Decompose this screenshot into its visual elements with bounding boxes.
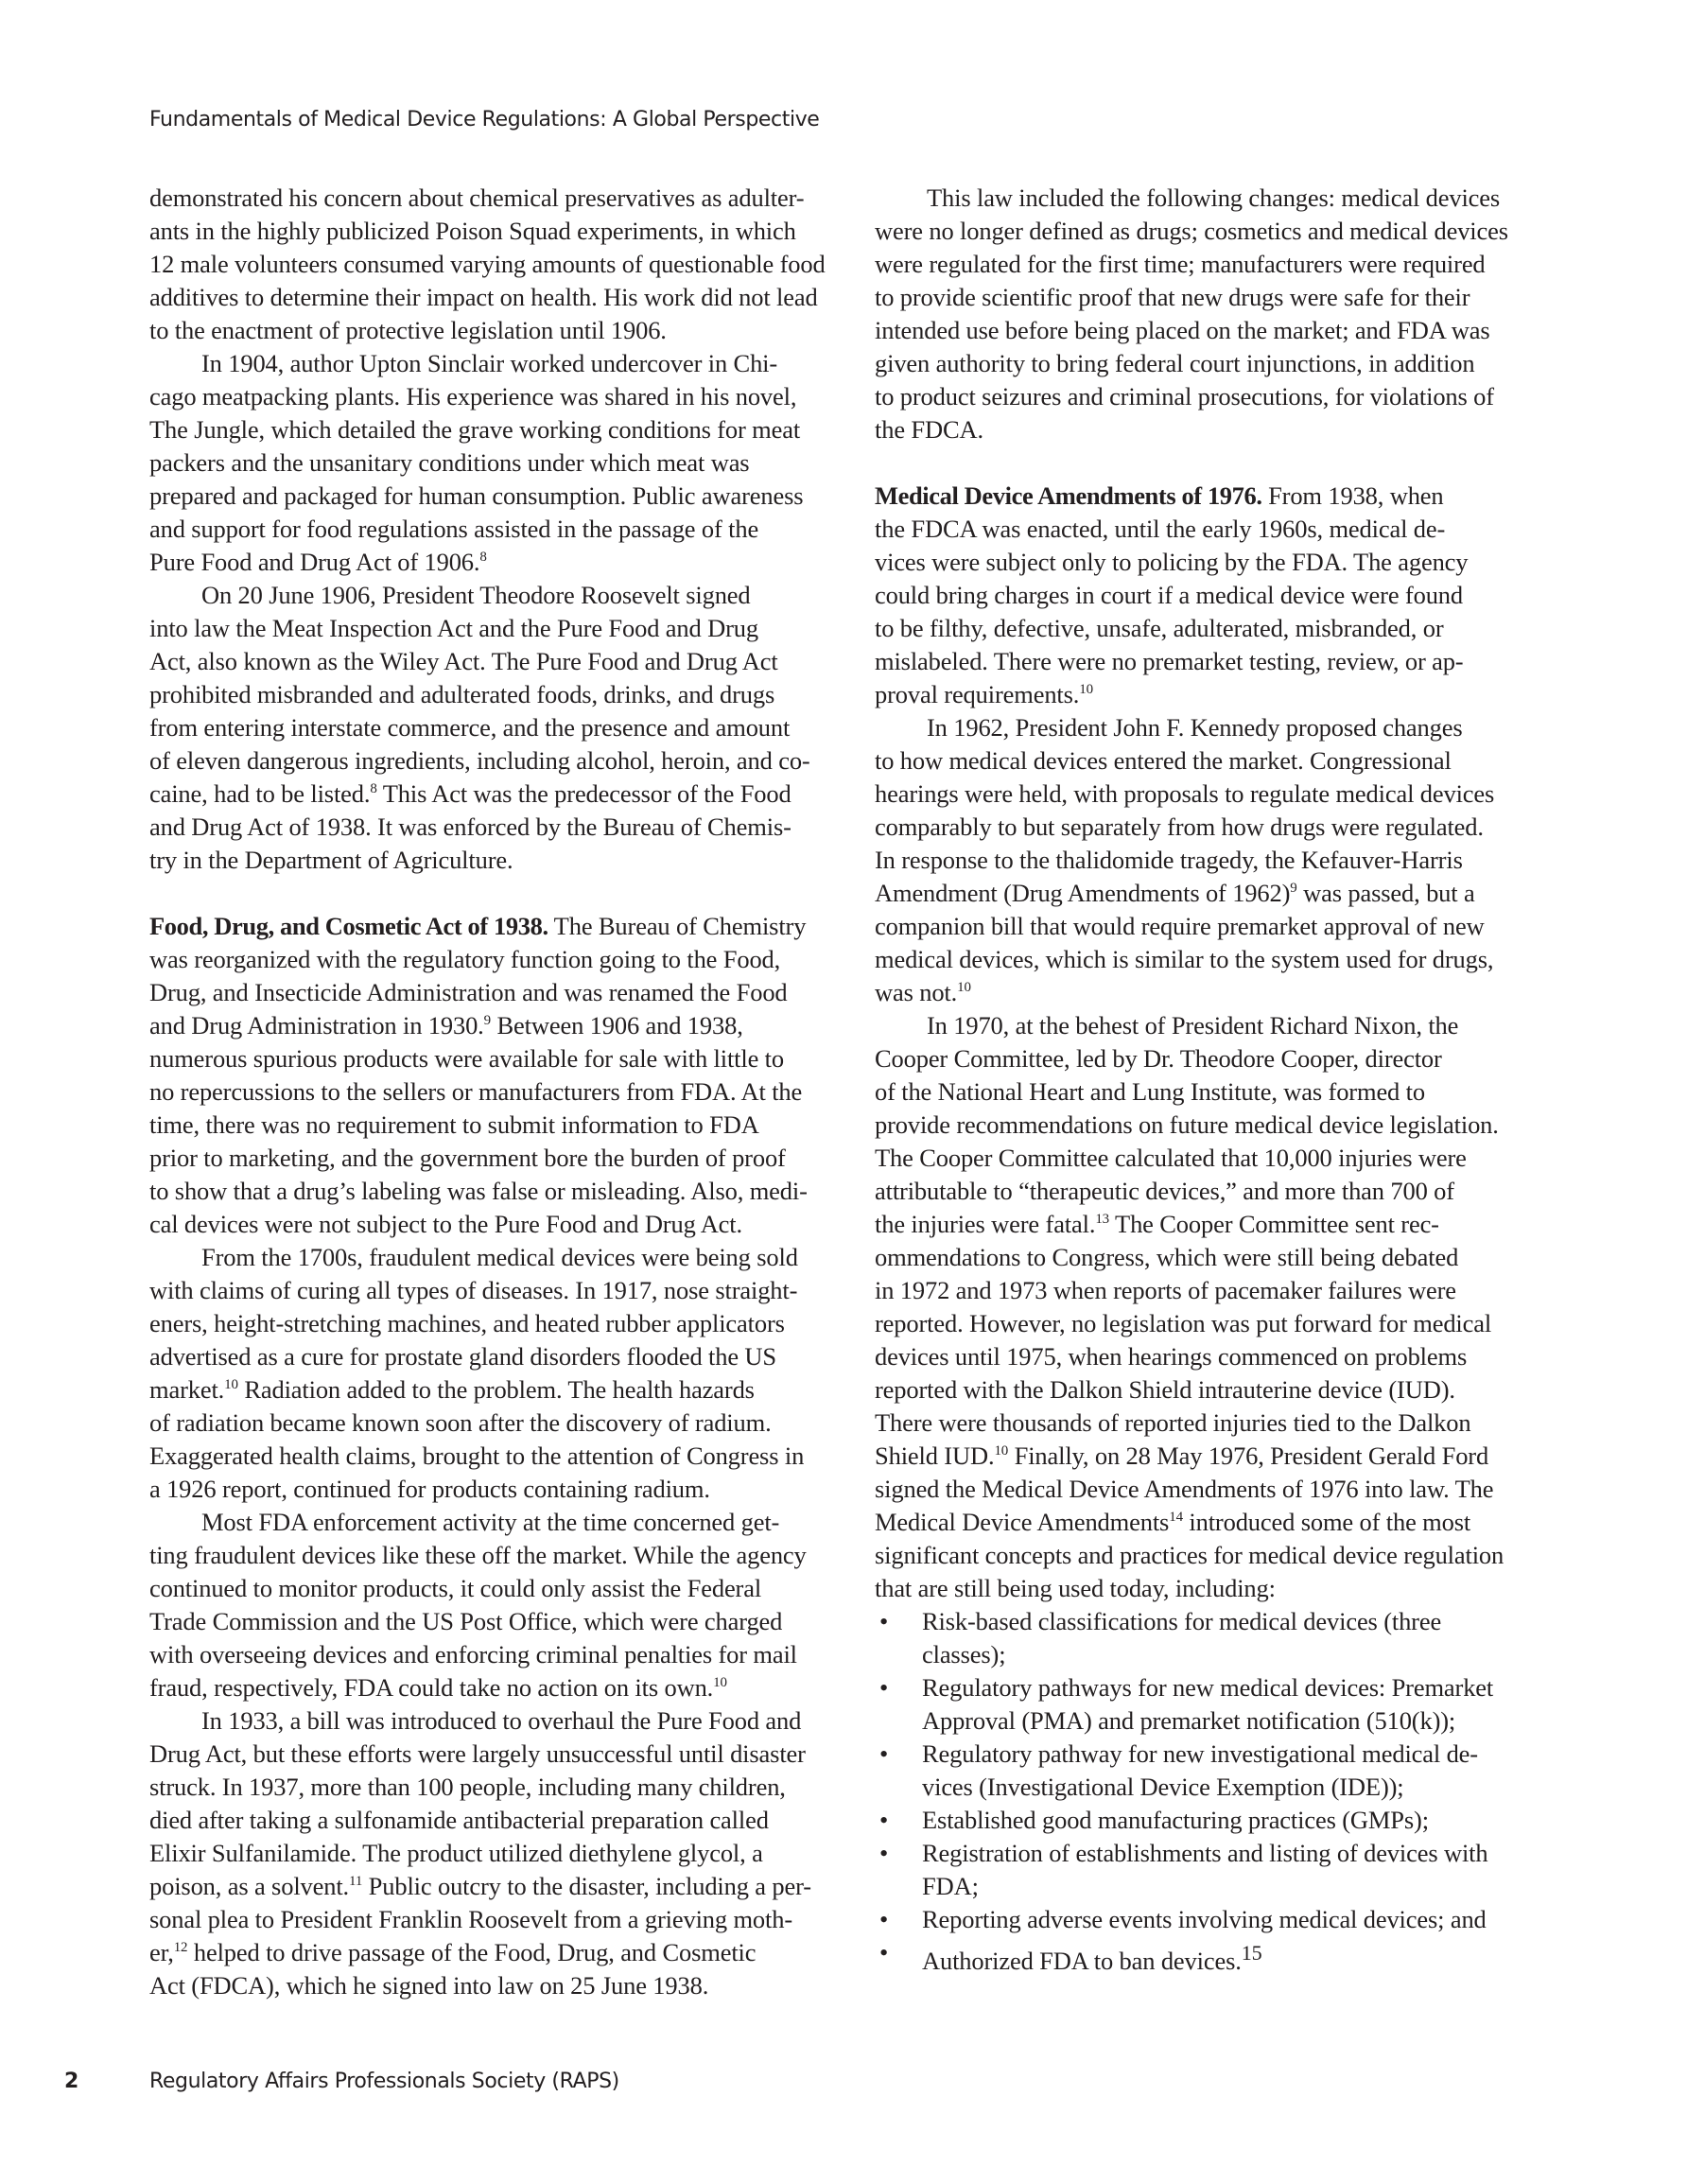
list-item-text: Registration of establishments and listi… <box>922 1837 1488 1870</box>
text-line: poison, as a solvent.11 Public outcry to… <box>149 1870 816 1903</box>
text-run: the injuries were fatal. <box>875 1210 1095 1238</box>
text-line: devices until 1975, when hearings commen… <box>875 1340 1541 1373</box>
text-line: were no longer defined as drugs; cosmeti… <box>875 215 1541 248</box>
text-run: ants in the highly publicized Poison Squ… <box>149 217 796 245</box>
text-run: Most FDA enforcement activity at the tim… <box>201 1508 779 1536</box>
text-line: died after taking a sulfonamide antibact… <box>149 1804 816 1837</box>
list-item-text: Established good manufacturing practices… <box>922 1804 1429 1837</box>
text-run: demonstrated his concern about chemical … <box>149 183 804 212</box>
list-item-text: FDA; <box>922 1870 979 1903</box>
text-run: In 1904, author Upton Sinclair worked un… <box>201 349 777 377</box>
text-run: intended use before being placed on the … <box>875 316 1490 344</box>
text-run: to product seizures and criminal prosecu… <box>875 382 1494 411</box>
text-line: to show that a drug’s labeling was false… <box>149 1175 816 1208</box>
text-run: Regulatory pathways for new medical devi… <box>922 1673 1493 1702</box>
paragraph-spacer <box>149 877 816 910</box>
text-run: and Drug Administration in 1930. <box>149 1011 484 1040</box>
text-line: to be filthy, defective, unsafe, adulter… <box>875 612 1541 645</box>
text-run: Drug Act, but these efforts were largely… <box>149 1739 806 1768</box>
text-run: into law the Meat Inspection Act and the… <box>149 614 758 642</box>
text-line: with overseeing devices and enforcing cr… <box>149 1638 816 1671</box>
text-run: medical devices, which is similar to the… <box>875 945 1493 973</box>
list-item-text: Regulatory pathway for new investigation… <box>922 1738 1478 1771</box>
footnote-ref: 10 <box>713 1675 727 1690</box>
text-line: prepared and packaged for human consumpt… <box>149 480 816 513</box>
text-run: In 1933, a bill was introduced to overha… <box>201 1706 801 1735</box>
text-run: On 20 June 1906, President Theodore Roos… <box>201 581 751 609</box>
text-run: was not. <box>875 978 957 1006</box>
text-run: Medical Device Amendments <box>875 1508 1169 1536</box>
text-run: From 1938, when <box>1262 481 1444 510</box>
text-line: was not.10 <box>875 976 1541 1009</box>
text-run: significant concepts and practices for m… <box>875 1541 1504 1569</box>
text-run: advertised as a cure for prostate gland … <box>149 1342 776 1371</box>
text-line: Drug, and Insecticide Administration and… <box>149 976 816 1009</box>
text-run: prepared and packaged for human consumpt… <box>149 481 803 510</box>
text-line: medical devices, which is similar to the… <box>875 943 1541 976</box>
text-line: from entering interstate commerce, and t… <box>149 711 816 744</box>
text-run: Elixir Sulfanilamide. The product utiliz… <box>149 1839 763 1867</box>
footnote-ref: 10 <box>994 1443 1008 1459</box>
text-line: er,12 helped to drive passage of the Foo… <box>149 1936 816 1969</box>
footnote-ref: 9 <box>1290 881 1296 896</box>
text-line: The Cooper Committee calculated that 10,… <box>875 1142 1541 1175</box>
text-line: prohibited misbranded and adulterated fo… <box>149 678 816 711</box>
text-line: and Drug Administration in 1930.9 Betwee… <box>149 1009 816 1042</box>
text-run: In 1962, President John F. Kennedy propo… <box>927 713 1463 742</box>
text-line: Shield IUD.10 Finally, on 28 May 1976, P… <box>875 1440 1541 1473</box>
text-run: attributable to “therapeutic devices,” a… <box>875 1177 1454 1205</box>
list-item-text: Regulatory pathways for new medical devi… <box>922 1671 1493 1704</box>
paragraph: demonstrated his concern about chemical … <box>149 182 816 347</box>
text-run: continued to monitor products, it could … <box>149 1574 761 1602</box>
text-run: Trade Commission and the US Post Office,… <box>149 1607 782 1635</box>
text-line: to product seizures and criminal prosecu… <box>875 380 1541 413</box>
paragraph: In 1962, President John F. Kennedy propo… <box>875 711 1541 1009</box>
list-item: •Established good manufacturing practice… <box>875 1804 1541 1837</box>
paragraph: Most FDA enforcement activity at the tim… <box>149 1506 816 1704</box>
text-line: reported with the Dalkon Shield intraute… <box>875 1373 1541 1406</box>
list-item-text: Risk-based classifications for medical d… <box>922 1605 1441 1638</box>
paragraph: In 1970, at the behest of President Rich… <box>875 1009 1541 1605</box>
text-run: The Cooper Committee sent rec- <box>1109 1210 1439 1238</box>
text-run: were regulated for the first time; manuf… <box>875 250 1486 278</box>
text-run: Registration of establishments and listi… <box>922 1839 1488 1867</box>
text-line: attributable to “therapeutic devices,” a… <box>875 1175 1541 1208</box>
page-number: 2 <box>64 2070 78 2093</box>
section-heading: Food, Drug, and Cosmetic Act of 1938. <box>149 912 548 940</box>
text-line: market.10 Radiation added to the problem… <box>149 1373 816 1406</box>
text-run: Radiation added to the problem. The heal… <box>238 1375 755 1404</box>
text-line: eners, height-stretching machines, and h… <box>149 1307 816 1340</box>
footnote-ref: 8 <box>479 550 486 565</box>
text-run: Exaggerated health claims, brought to th… <box>149 1441 804 1470</box>
text-line: in 1972 and 1973 when reports of pacemak… <box>875 1274 1541 1307</box>
bullet-icon <box>875 1638 922 1671</box>
text-run: and Drug Act of 1938. It was enforced by… <box>149 812 791 841</box>
text-run: sonal plea to President Franklin Rooseve… <box>149 1905 792 1933</box>
footnote-ref: 11 <box>349 1874 362 1889</box>
text-run: market. <box>149 1375 224 1404</box>
bullet-icon <box>875 1704 922 1738</box>
text-line: advertised as a cure for prostate gland … <box>149 1340 816 1373</box>
text-run: Reporting adverse events involving medic… <box>922 1905 1487 1933</box>
text-run: Pure Food and Drug Act of 1906. <box>149 548 479 576</box>
text-line: Medical Device Amendments of 1976. From … <box>875 480 1541 513</box>
text-line: cal devices were not subject to the Pure… <box>149 1208 816 1241</box>
text-line: 12 male volunteers consumed varying amou… <box>149 248 816 281</box>
text-line: In 1970, at the behest of President Rich… <box>875 1009 1541 1042</box>
footnote-ref: 13 <box>1095 1212 1109 1227</box>
text-run: poison, as a solvent. <box>149 1872 349 1900</box>
text-line: struck. In 1937, more than 100 people, i… <box>149 1771 816 1804</box>
text-run: the FDCA was enacted, until the early 19… <box>875 515 1445 543</box>
text-run: try in the Department of Agriculture. <box>149 846 513 874</box>
list-item-text: Approval (PMA) and premarket notificatio… <box>922 1704 1455 1738</box>
bullet-icon: • <box>875 1804 922 1837</box>
text-run: eners, height-stretching machines, and h… <box>149 1309 785 1337</box>
text-run: Risk-based classifications for medical d… <box>922 1607 1441 1635</box>
text-run: Drug, and Insecticide Administration and… <box>149 978 788 1006</box>
paragraph: From the 1700s, fraudulent medical devic… <box>149 1241 816 1506</box>
text-run: In response to the thalidomide tragedy, … <box>875 846 1463 874</box>
text-run: Public outcry to the disaster, including… <box>362 1872 811 1900</box>
text-run: was reorganized with the regulatory func… <box>149 945 780 973</box>
right-column: This law included the following changes:… <box>875 182 1541 1969</box>
text-run: could bring charges in court if a medica… <box>875 581 1463 609</box>
text-line: demonstrated his concern about chemical … <box>149 182 816 215</box>
text-run: died after taking a sulfonamide antibact… <box>149 1806 769 1834</box>
paragraph: In 1904, author Upton Sinclair worked un… <box>149 347 816 579</box>
text-line: mislabeled. There were no premarket test… <box>875 645 1541 678</box>
text-run: vices (Investigational Device Exemption … <box>922 1773 1404 1801</box>
footnote-ref: 14 <box>1169 1510 1183 1525</box>
text-run: ommendations to Congress, which were sti… <box>875 1243 1458 1271</box>
text-line: numerous spurious products were availabl… <box>149 1042 816 1075</box>
text-line: In response to the thalidomide tragedy, … <box>875 844 1541 877</box>
bullet-icon <box>875 1870 922 1903</box>
text-line: of the National Heart and Lung Institute… <box>875 1075 1541 1109</box>
text-line: ants in the highly publicized Poison Squ… <box>149 215 816 248</box>
text-line: In 1933, a bill was introduced to overha… <box>149 1704 816 1738</box>
text-run: The Cooper Committee calculated that 10,… <box>875 1144 1467 1172</box>
text-line: packers and the unsanitary conditions un… <box>149 446 816 480</box>
text-line: Pure Food and Drug Act of 1906.8 <box>149 546 816 579</box>
text-line: try in the Department of Agriculture. <box>149 844 816 877</box>
bullet-icon: • <box>875 1936 922 1969</box>
text-run: from entering interstate commerce, and t… <box>149 713 790 742</box>
text-run: packers and the unsanitary conditions un… <box>149 448 749 477</box>
text-line: of eleven dangerous ingredients, includi… <box>149 744 816 778</box>
text-run: to provide scientific proof that new dru… <box>875 283 1470 311</box>
text-run: Shield IUD. <box>875 1441 994 1470</box>
text-run: provide recommendations on future medica… <box>875 1110 1499 1139</box>
text-line: and Drug Act of 1938. It was enforced by… <box>149 811 816 844</box>
text-line: prior to marketing, and the government b… <box>149 1142 816 1175</box>
text-line: companion bill that would require premar… <box>875 910 1541 943</box>
text-line: Act, also known as the Wiley Act. The Pu… <box>149 645 816 678</box>
text-line: ommendations to Congress, which were sti… <box>875 1241 1541 1274</box>
text-line: On 20 June 1906, President Theodore Roos… <box>149 579 816 612</box>
text-line: was reorganized with the regulatory func… <box>149 943 816 976</box>
text-line: the FDCA. <box>875 413 1541 446</box>
section-heading: Medical Device Amendments of 1976. <box>875 481 1262 510</box>
text-run: ting fraudulent devices like these off t… <box>149 1541 807 1569</box>
text-run: Act (FDCA), which he signed into law on … <box>149 1971 708 2000</box>
bullet-icon <box>875 1771 922 1804</box>
text-run: comparably to but separately from how dr… <box>875 812 1484 841</box>
text-line: were regulated for the first time; manuf… <box>875 248 1541 281</box>
text-run: vices were subject only to policing by t… <box>875 548 1468 576</box>
text-line: sonal plea to President Franklin Rooseve… <box>149 1903 816 1936</box>
paragraph: Medical Device Amendments of 1976. From … <box>875 480 1541 711</box>
text-run: Amendment (Drug Amendments of 1962) <box>875 879 1290 907</box>
text-run: There were thousands of reported injurie… <box>875 1408 1470 1437</box>
text-run: 12 male volunteers consumed varying amou… <box>149 250 826 278</box>
text-line: time, there was no requirement to submit… <box>149 1109 816 1142</box>
left-column: demonstrated his concern about chemical … <box>149 182 816 2002</box>
text-line: From the 1700s, fraudulent medical devic… <box>149 1241 816 1274</box>
text-run: the FDCA. <box>875 415 983 444</box>
list-item-text: classes); <box>922 1638 1005 1671</box>
footnote-ref: 10 <box>1079 682 1093 697</box>
text-run: Cooper Committee, led by Dr. Theodore Co… <box>875 1044 1442 1073</box>
text-run: reported. However, no legislation was pu… <box>875 1309 1491 1337</box>
text-run: to be filthy, defective, unsafe, adulter… <box>875 614 1444 642</box>
paragraph: Food, Drug, and Cosmetic Act of 1938. Th… <box>149 910 816 1241</box>
text-run: that are still being used today, includi… <box>875 1574 1276 1602</box>
text-line: reported. However, no legislation was pu… <box>875 1307 1541 1340</box>
text-run: mislabeled. There were no premarket test… <box>875 647 1463 675</box>
text-run: was passed, but a <box>1297 879 1475 907</box>
text-run: Regulatory pathway for new investigation… <box>922 1739 1478 1768</box>
text-run: helped to drive passage of the Food, Dru… <box>187 1938 756 1966</box>
text-line: with claims of curing all types of disea… <box>149 1274 816 1307</box>
text-run: to how medical devices entered the marke… <box>875 746 1452 775</box>
text-line: Most FDA enforcement activity at the tim… <box>149 1506 816 1539</box>
text-line: to provide scientific proof that new dru… <box>875 281 1541 314</box>
text-line: continued to monitor products, it could … <box>149 1572 816 1605</box>
footnote-ref: 10 <box>957 980 971 995</box>
text-run: additives to determine their impact on h… <box>149 283 818 311</box>
text-run: The Bureau of Chemistry <box>548 912 807 940</box>
text-line: that are still being used today, includi… <box>875 1572 1541 1605</box>
text-run: no repercussions to the sellers or manuf… <box>149 1077 802 1106</box>
list-item-text: Authorized FDA to ban devices.15 <box>922 1936 1262 1969</box>
text-run: to the enactment of protective legislati… <box>149 316 667 344</box>
text-run: introduced some of the most <box>1183 1508 1470 1536</box>
text-line: proval requirements.10 <box>875 678 1541 711</box>
footnote-ref: 12 <box>174 1940 188 1955</box>
list-item: •Reporting adverse events involving medi… <box>875 1903 1541 1936</box>
list-item: •Authorized FDA to ban devices.15 <box>875 1936 1541 1969</box>
text-run: signed the Medical Device Amendments of … <box>875 1475 1493 1503</box>
text-line: hearings were held, with proposals to re… <box>875 778 1541 811</box>
paragraph-spacer <box>875 446 1541 480</box>
text-run: numerous spurious products were availabl… <box>149 1044 784 1073</box>
text-line: Elixir Sulfanilamide. The product utiliz… <box>149 1837 816 1870</box>
paragraph: This law included the following changes:… <box>875 182 1541 446</box>
text-line: There were thousands of reported injurie… <box>875 1406 1541 1440</box>
text-run: in 1972 and 1973 when reports of pacemak… <box>875 1276 1456 1304</box>
text-run: a 1926 report, continued for products co… <box>149 1475 710 1503</box>
list-item: •Registration of establishments and list… <box>875 1837 1541 1903</box>
text-line: to how medical devices entered the marke… <box>875 744 1541 778</box>
text-run: This law included the following changes:… <box>927 183 1500 212</box>
text-line: given authority to bring federal court i… <box>875 347 1541 380</box>
text-run: time, there was no requirement to submit… <box>149 1110 759 1139</box>
text-line: The Jungle, which detailed the grave wor… <box>149 413 816 446</box>
text-run: of radiation became known soon after the… <box>149 1408 772 1437</box>
list-item: •Risk-based classifications for medical … <box>875 1605 1541 1671</box>
text-run: of eleven dangerous ingredients, includi… <box>149 746 810 775</box>
text-line: Medical Device Amendments14 introduced s… <box>875 1506 1541 1539</box>
text-line: Cooper Committee, led by Dr. Theodore Co… <box>875 1042 1541 1075</box>
text-line: Act (FDCA), which he signed into law on … <box>149 1969 816 2002</box>
list-item: •Regulatory pathways for new medical dev… <box>875 1671 1541 1738</box>
text-run: er, <box>149 1938 174 1966</box>
list-item: •Regulatory pathway for new investigatio… <box>875 1738 1541 1804</box>
bullet-list: •Risk-based classifications for medical … <box>875 1605 1541 1969</box>
text-run: reported with the Dalkon Shield intraute… <box>875 1375 1455 1404</box>
text-line: additives to determine their impact on h… <box>149 281 816 314</box>
text-line: ting fraudulent devices like these off t… <box>149 1539 816 1572</box>
text-line: cago meatpacking plants. His experience … <box>149 380 816 413</box>
running-header: Fundamentals of Medical Device Regulatio… <box>149 108 819 131</box>
text-line: to the enactment of protective legislati… <box>149 314 816 347</box>
text-run: cago meatpacking plants. His experience … <box>149 382 796 411</box>
text-line: could bring charges in court if a medica… <box>875 579 1541 612</box>
text-line: comparably to but separately from how dr… <box>875 811 1541 844</box>
text-line: This law included the following changes:… <box>875 182 1541 215</box>
text-line: Exaggerated health claims, brought to th… <box>149 1440 816 1473</box>
text-line: vices were subject only to policing by t… <box>875 546 1541 579</box>
publisher-name: Regulatory Affairs Professionals Society… <box>149 2070 619 2093</box>
list-item-text: Reporting adverse events involving medic… <box>922 1903 1487 1936</box>
text-run: hearings were held, with proposals to re… <box>875 779 1494 808</box>
text-run: prohibited misbranded and adulterated fo… <box>149 680 774 708</box>
text-run: Act, also known as the Wiley Act. The Pu… <box>149 647 778 675</box>
bullet-icon: • <box>875 1837 922 1870</box>
text-run: prior to marketing, and the government b… <box>149 1144 786 1172</box>
text-run: companion bill that would require premar… <box>875 912 1485 940</box>
bullet-icon: • <box>875 1903 922 1936</box>
text-run: of the National Heart and Lung Institute… <box>875 1077 1425 1106</box>
list-item-text: vices (Investigational Device Exemption … <box>922 1771 1404 1804</box>
text-line: of radiation became known soon after the… <box>149 1406 816 1440</box>
text-line: intended use before being placed on the … <box>875 314 1541 347</box>
footnote-ref: 8 <box>370 781 376 796</box>
text-run: Between 1906 and 1938, <box>491 1011 743 1040</box>
text-run: with overseeing devices and enforcing cr… <box>149 1640 797 1669</box>
text-run: with claims of curing all types of disea… <box>149 1276 797 1304</box>
text-line: and support for food regulations assiste… <box>149 513 816 546</box>
text-line: no repercussions to the sellers or manuf… <box>149 1075 816 1109</box>
footnote-ref: 9 <box>484 1013 491 1028</box>
text-line: the injuries were fatal.13 The Cooper Co… <box>875 1208 1541 1241</box>
text-line: fraud, respectively, FDA could take no a… <box>149 1671 816 1704</box>
text-run: Established good manufacturing practices… <box>922 1806 1429 1834</box>
bullet-icon: • <box>875 1671 922 1704</box>
text-run: Approval (PMA) and premarket notificatio… <box>922 1706 1455 1735</box>
text-line: a 1926 report, continued for products co… <box>149 1473 816 1506</box>
paragraph: In 1933, a bill was introduced to overha… <box>149 1704 816 2002</box>
text-line: into law the Meat Inspection Act and the… <box>149 612 816 645</box>
text-run: The Jungle, which detailed the grave wor… <box>149 415 800 444</box>
text-line: caine, had to be listed.8 This Act was t… <box>149 778 816 811</box>
text-run: This Act was the predecessor of the Food <box>377 779 791 808</box>
text-run: FDA; <box>922 1872 979 1900</box>
text-run: fraud, respectively, FDA could take no a… <box>149 1673 713 1702</box>
text-run: Finally, on 28 May 1976, President Geral… <box>1008 1441 1488 1470</box>
text-line: Amendment (Drug Amendments of 1962)9 was… <box>875 877 1541 910</box>
text-run: and support for food regulations assiste… <box>149 515 758 543</box>
text-run: proval requirements. <box>875 680 1079 708</box>
bullet-icon: • <box>875 1738 922 1771</box>
text-run: From the 1700s, fraudulent medical devic… <box>201 1243 798 1271</box>
text-line: signed the Medical Device Amendments of … <box>875 1473 1541 1506</box>
text-run: classes); <box>922 1640 1005 1669</box>
footnote-ref: 15 <box>1242 1941 1262 1965</box>
paragraph: On 20 June 1906, President Theodore Roos… <box>149 579 816 877</box>
text-run: given authority to bring federal court i… <box>875 349 1475 377</box>
text-run: struck. In 1937, more than 100 people, i… <box>149 1773 786 1801</box>
text-run: to show that a drug’s labeling was false… <box>149 1177 808 1205</box>
text-run: caine, had to be listed. <box>149 779 370 808</box>
text-run: cal devices were not subject to the Pure… <box>149 1210 742 1238</box>
bullet-icon: • <box>875 1605 922 1638</box>
text-line: Trade Commission and the US Post Office,… <box>149 1605 816 1638</box>
text-line: Drug Act, but these efforts were largely… <box>149 1738 816 1771</box>
text-run: Authorized FDA to ban devices. <box>922 1947 1242 1975</box>
text-line: the FDCA was enacted, until the early 19… <box>875 513 1541 546</box>
text-run: devices until 1975, when hearings commen… <box>875 1342 1467 1371</box>
text-run: were no longer defined as drugs; cosmeti… <box>875 217 1508 245</box>
text-run: In 1970, at the behest of President Rich… <box>927 1011 1458 1040</box>
text-line: provide recommendations on future medica… <box>875 1109 1541 1142</box>
text-line: significant concepts and practices for m… <box>875 1539 1541 1572</box>
text-line: In 1904, author Upton Sinclair worked un… <box>149 347 816 380</box>
text-line: In 1962, President John F. Kennedy propo… <box>875 711 1541 744</box>
text-line: Food, Drug, and Cosmetic Act of 1938. Th… <box>149 910 816 943</box>
footnote-ref: 10 <box>224 1377 238 1392</box>
